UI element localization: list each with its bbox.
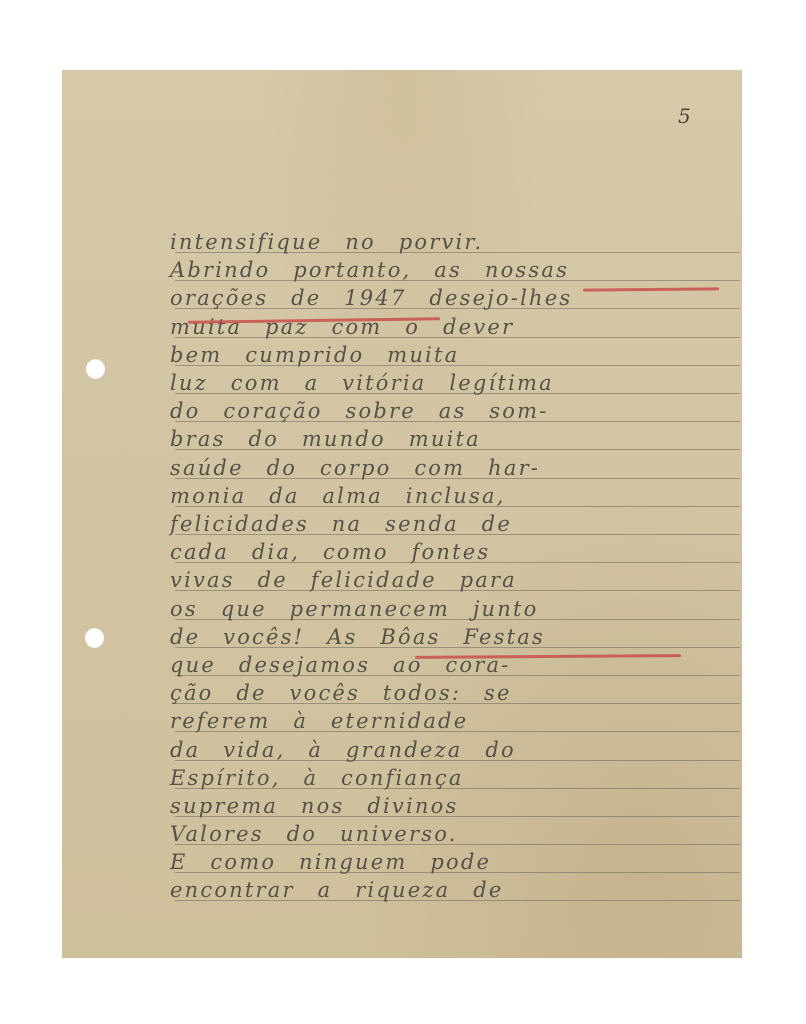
text-line: saúde do corpo com har-	[170, 454, 740, 482]
page-number: 5	[678, 104, 691, 128]
text-line: referem à eternidade	[170, 707, 740, 735]
text-line: do coração sobre as som-	[170, 397, 740, 425]
text-line: vivas de felicidade para	[170, 566, 740, 594]
text-line: ção de vocês todos: se	[170, 679, 740, 707]
text-line: encontrar a riqueza de	[170, 876, 740, 904]
text-line: os que permanecem junto	[170, 595, 740, 623]
text-line: cada dia, como fontes	[170, 538, 740, 566]
text-line: da vida, à grandeza do	[170, 736, 740, 764]
text-line: de vocês! As Bôas Festas	[170, 623, 740, 651]
text-line: intensifique no porvir.	[170, 228, 740, 256]
text-line: Valores do universo.	[170, 820, 740, 848]
text-line: E como ninguem pode	[170, 848, 740, 876]
text-line: luz com a vitória legítima	[170, 369, 740, 397]
punch-hole-top	[86, 359, 106, 379]
text-line: bem cumprido muita	[170, 341, 740, 369]
text-line: Espírito, à confiança	[170, 764, 740, 792]
text-line: muita paz com o dever	[170, 313, 740, 341]
punch-hole-bottom	[85, 628, 105, 648]
text-line: monia da alma inclusa,	[170, 482, 740, 510]
letter-page: 5 intensifique no porvir. Abrindo portan…	[62, 70, 742, 958]
text-line: bras do mundo muita	[170, 425, 740, 453]
text-line: Abrindo portanto, as nossas	[170, 256, 740, 284]
text-line: felicidades na senda de	[170, 510, 740, 538]
text-line: suprema nos divinos	[170, 792, 740, 820]
